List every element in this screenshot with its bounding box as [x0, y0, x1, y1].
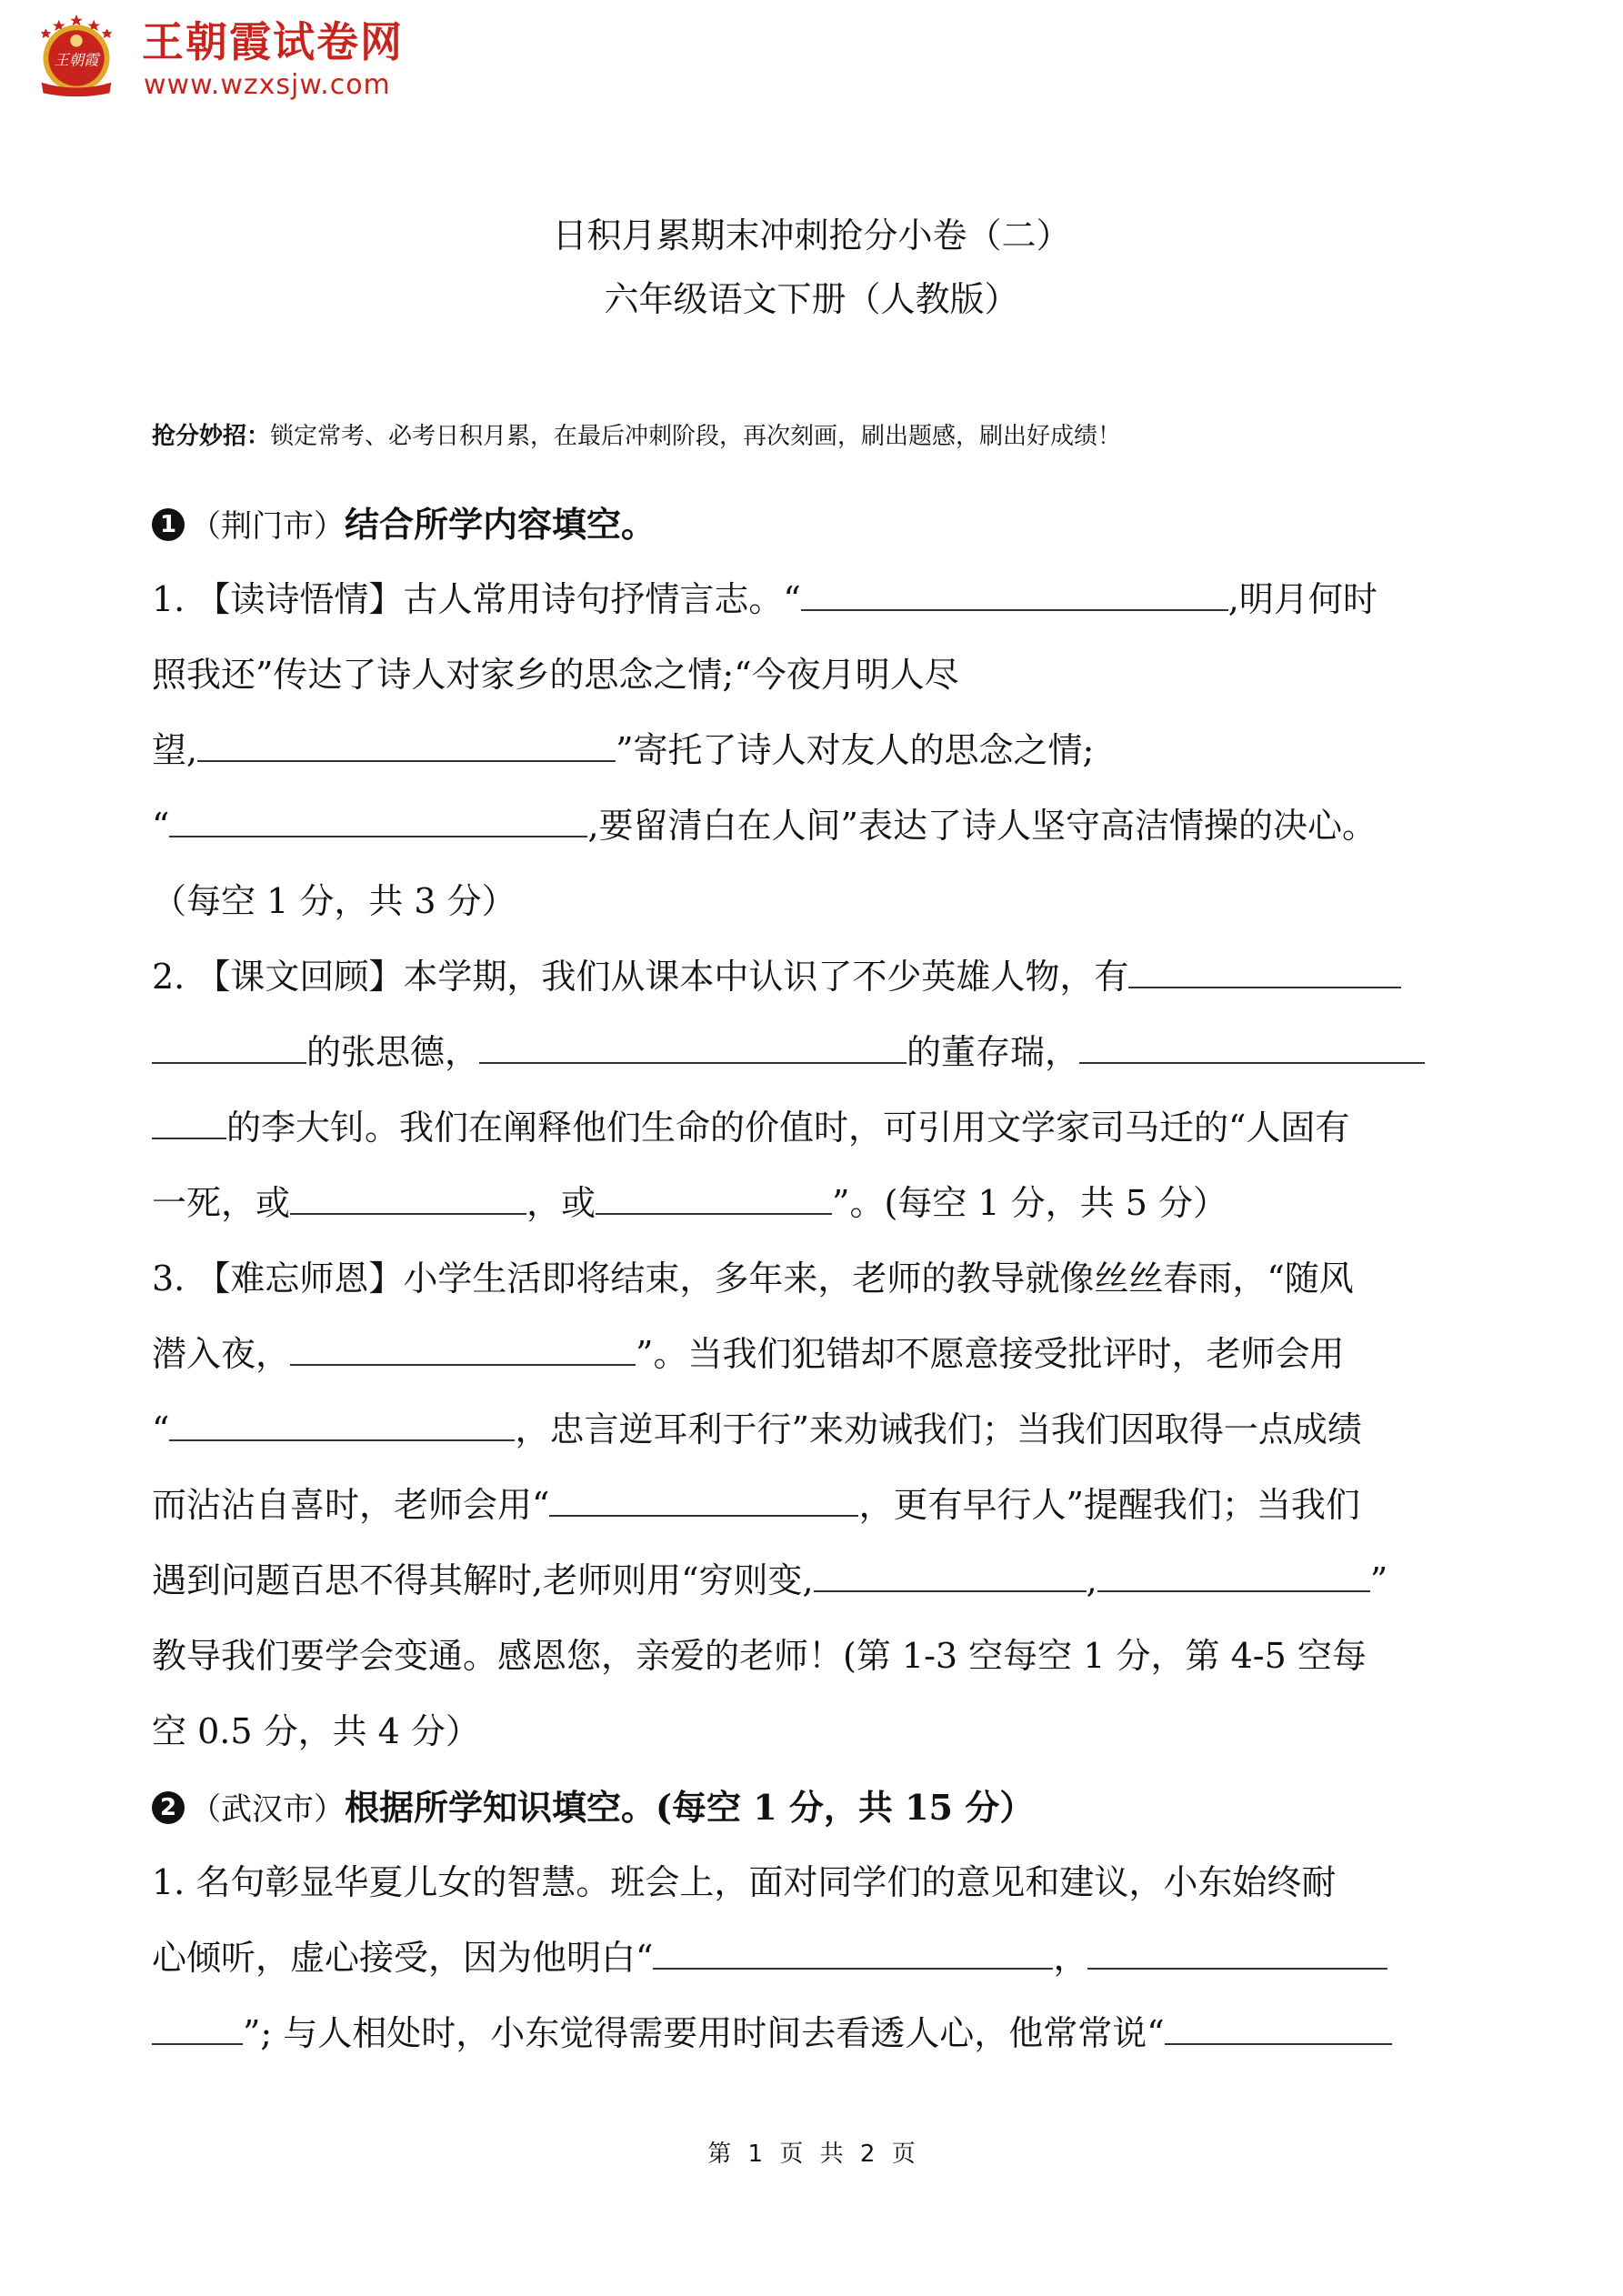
score-note: （每空 1 分，共 3 分） [152, 881, 516, 921]
answer-blank[interactable] [814, 1563, 1087, 1592]
page-number: 第 1 页 共 2 页 [0, 2139, 1623, 2170]
question-text: 潜入夜， [152, 1334, 290, 1374]
answer-blank[interactable] [152, 1110, 226, 1139]
question-text: ,要留清白在人间”表达了诗人坚守高洁情操的决心。 [587, 806, 1377, 846]
question-text: 2. 【课文回顾】本学期，我们从课本中认识了不少英雄人物，有 [152, 957, 1128, 997]
question-line: 空 0.5 分，共 4 分） [152, 1694, 1488, 1770]
question-line: 一死，或，或”。(每空 1 分，共 5 分） [152, 1166, 1488, 1241]
question-line: “，忠言逆耳利于行”来劝诫我们；当我们因取得一点成绩 [152, 1392, 1488, 1468]
page-title: 日积月累期末冲刺抢分小卷（二） [0, 213, 1623, 258]
answer-blank[interactable] [653, 1940, 1053, 1970]
question-text: ，忠言逆耳利于行”来劝诫我们；当我们因取得一点成绩 [515, 1409, 1361, 1449]
answer-blank[interactable] [197, 733, 616, 762]
page-subtitle: 六年级语文下册（人教版） [0, 276, 1623, 322]
brand-name: 王朝霞试卷网 [142, 16, 404, 67]
question-text: , [1087, 1560, 1097, 1600]
answer-blank[interactable] [1128, 959, 1401, 988]
question-text: 教导我们要学会变通。感恩您，亲爱的老师！(第 1-3 空每空 1 分，第 4-5… [152, 1636, 1367, 1676]
site-logo: 王朝霞 王朝霞试卷网 www.wzxsjw.com [25, 7, 407, 107]
question-line: 的张思德，的董存瑞， [152, 1015, 1488, 1090]
section-number-badge: 1 [152, 508, 185, 541]
answer-blank[interactable] [479, 1035, 907, 1064]
question-line: （每空 1 分，共 3 分） [152, 864, 1488, 939]
worksheet-body: 1（荆门市）结合所学内容填空。 1. 【读诗悟情】古人常用诗句抒情言志。“,明月… [152, 486, 1488, 2071]
question-text: 心倾听，虚心接受，因为他明白“ [152, 1938, 653, 1978]
question-line: 教导我们要学会变通。感恩您，亲爱的老师！(第 1-3 空每空 1 分，第 4-5… [152, 1619, 1488, 1694]
tip-text: 锁定常考、必考日积月累，在最后冲刺阶段，再次刻画，刷出题感，刷出好成绩！ [270, 423, 1121, 450]
question-text: 1. 名句彰显华夏儿女的智慧。班会上，面对同学们的意见和建议，小东始终耐 [152, 1862, 1336, 1902]
question-text: 1. 【读诗悟情】古人常用诗句抒情言志。“ [152, 579, 801, 619]
question-line: 潜入夜，”。当我们犯错却不愿意接受批评时，老师会用 [152, 1317, 1488, 1392]
question-line: 的李大钊。我们在阐释他们生命的价值时，可引用文学家司马迁的“人固有 [152, 1090, 1488, 1166]
question-line: 遇到问题百思不得其解时,老师则用“穷则变,,” [152, 1543, 1488, 1619]
question-text: 的张思德， [306, 1032, 479, 1072]
answer-blank[interactable] [290, 1337, 636, 1366]
question-text: ”; 与人相处时，小东觉得需要用时间去看透人心，他常常说“ [243, 2013, 1165, 2053]
tip-line: 抢分妙招：锁定常考、必考日积月累，在最后冲刺阶段，再次刻画，刷出题感，刷出好成绩… [152, 418, 1121, 455]
brand-url: www.wzxsjw.com [144, 69, 391, 102]
answer-blank[interactable] [1165, 2016, 1392, 2045]
answer-blank[interactable] [801, 582, 1228, 611]
question-line: ”; 与人相处时，小东觉得需要用时间去看透人心，他常常说“ [152, 1996, 1488, 2071]
question-text: ，更有早行人”提醒我们；当我们 [858, 1485, 1359, 1525]
section-task: 根据所学知识填空。(每空 1 分，共 15 分） [345, 1787, 1034, 1828]
logo-badge-icon: 王朝霞 [33, 13, 120, 100]
question-line: 2. 【课文回顾】本学期，我们从课本中认识了不少英雄人物，有 [152, 939, 1488, 1015]
answer-blank[interactable] [152, 1035, 306, 1064]
question-text: ”。(每空 1 分，共 5 分） [832, 1183, 1227, 1223]
answer-blank[interactable] [169, 808, 587, 837]
section-number-badge: 2 [152, 1791, 185, 1824]
question-line: 望,”寄托了诗人对友人的思念之情; [152, 713, 1488, 788]
section-task: 结合所学内容填空。 [345, 504, 656, 545]
section-region: （武汉市） [190, 1791, 345, 1828]
question-line: 心倾听，虚心接受，因为他明白“， [152, 1920, 1488, 1996]
question-line: 照我还”传达了诗人对家乡的思念之情;“今夜月明人尽 [152, 637, 1488, 713]
question-line: 1. 名句彰显华夏儿女的智慧。班会上，面对同学们的意见和建议，小东始终耐 [152, 1845, 1488, 1920]
question-text: ”。当我们犯错却不愿意接受批评时，老师会用 [636, 1334, 1344, 1374]
question-text: 照我还”传达了诗人对家乡的思念之情;“今夜月明人尽 [152, 655, 959, 695]
answer-blank[interactable] [1097, 1563, 1370, 1592]
question-line: “,要留清白在人间”表达了诗人坚守高洁情操的决心。 [152, 788, 1488, 864]
question-text: ”寄托了诗人对友人的思念之情; [616, 730, 1094, 770]
answer-blank[interactable] [152, 2016, 243, 2045]
answer-blank[interactable] [1079, 1035, 1425, 1064]
question-text: ，或 [526, 1183, 596, 1223]
section-region: （荆门市） [190, 508, 345, 545]
answer-blank[interactable] [1087, 1940, 1388, 1970]
tip-label: 抢分妙招： [152, 423, 270, 450]
question-text: ， [1053, 1938, 1087, 1978]
question-text: 而沾沾自喜时，老师会用“ [152, 1485, 549, 1525]
answer-blank[interactable] [290, 1186, 526, 1215]
question-line: 而沾沾自喜时，老师会用“，更有早行人”提醒我们；当我们 [152, 1468, 1488, 1543]
answer-blank[interactable] [596, 1186, 832, 1215]
question-text: 遇到问题百思不得其解时,老师则用“穷则变, [152, 1560, 814, 1600]
answer-blank[interactable] [549, 1488, 858, 1517]
question-line: 3. 【难忘师恩】小学生活即将结束，多年来，老师的教导就像丝丝春雨，“随风 [152, 1241, 1488, 1317]
question-text: 望, [152, 730, 197, 770]
question-text: ” [1370, 1560, 1388, 1600]
question-text: ,明月何时 [1228, 579, 1378, 619]
question-text: 一死，或 [152, 1183, 290, 1223]
question-text: “ [152, 806, 169, 846]
question-line: 1. 【读诗悟情】古人常用诗句抒情言志。“,明月何时 [152, 562, 1488, 637]
section-2-heading: 2（武汉市）根据所学知识填空。(每空 1 分，共 15 分） [152, 1770, 1488, 1845]
question-text: 的董存瑞， [907, 1032, 1079, 1072]
svg-text:王朝霞: 王朝霞 [55, 52, 102, 69]
answer-blank[interactable] [169, 1412, 515, 1441]
question-text: 3. 【难忘师恩】小学生活即将结束，多年来，老师的教导就像丝丝春雨，“随风 [152, 1258, 1354, 1298]
question-text: 的李大钊。我们在阐释他们生命的价值时，可引用文学家司马迁的“人固有 [226, 1108, 1349, 1148]
score-note: 空 0.5 分，共 4 分） [152, 1711, 480, 1751]
question-text: “ [152, 1409, 169, 1449]
section-1-heading: 1（荆门市）结合所学内容填空。 [152, 486, 1488, 562]
